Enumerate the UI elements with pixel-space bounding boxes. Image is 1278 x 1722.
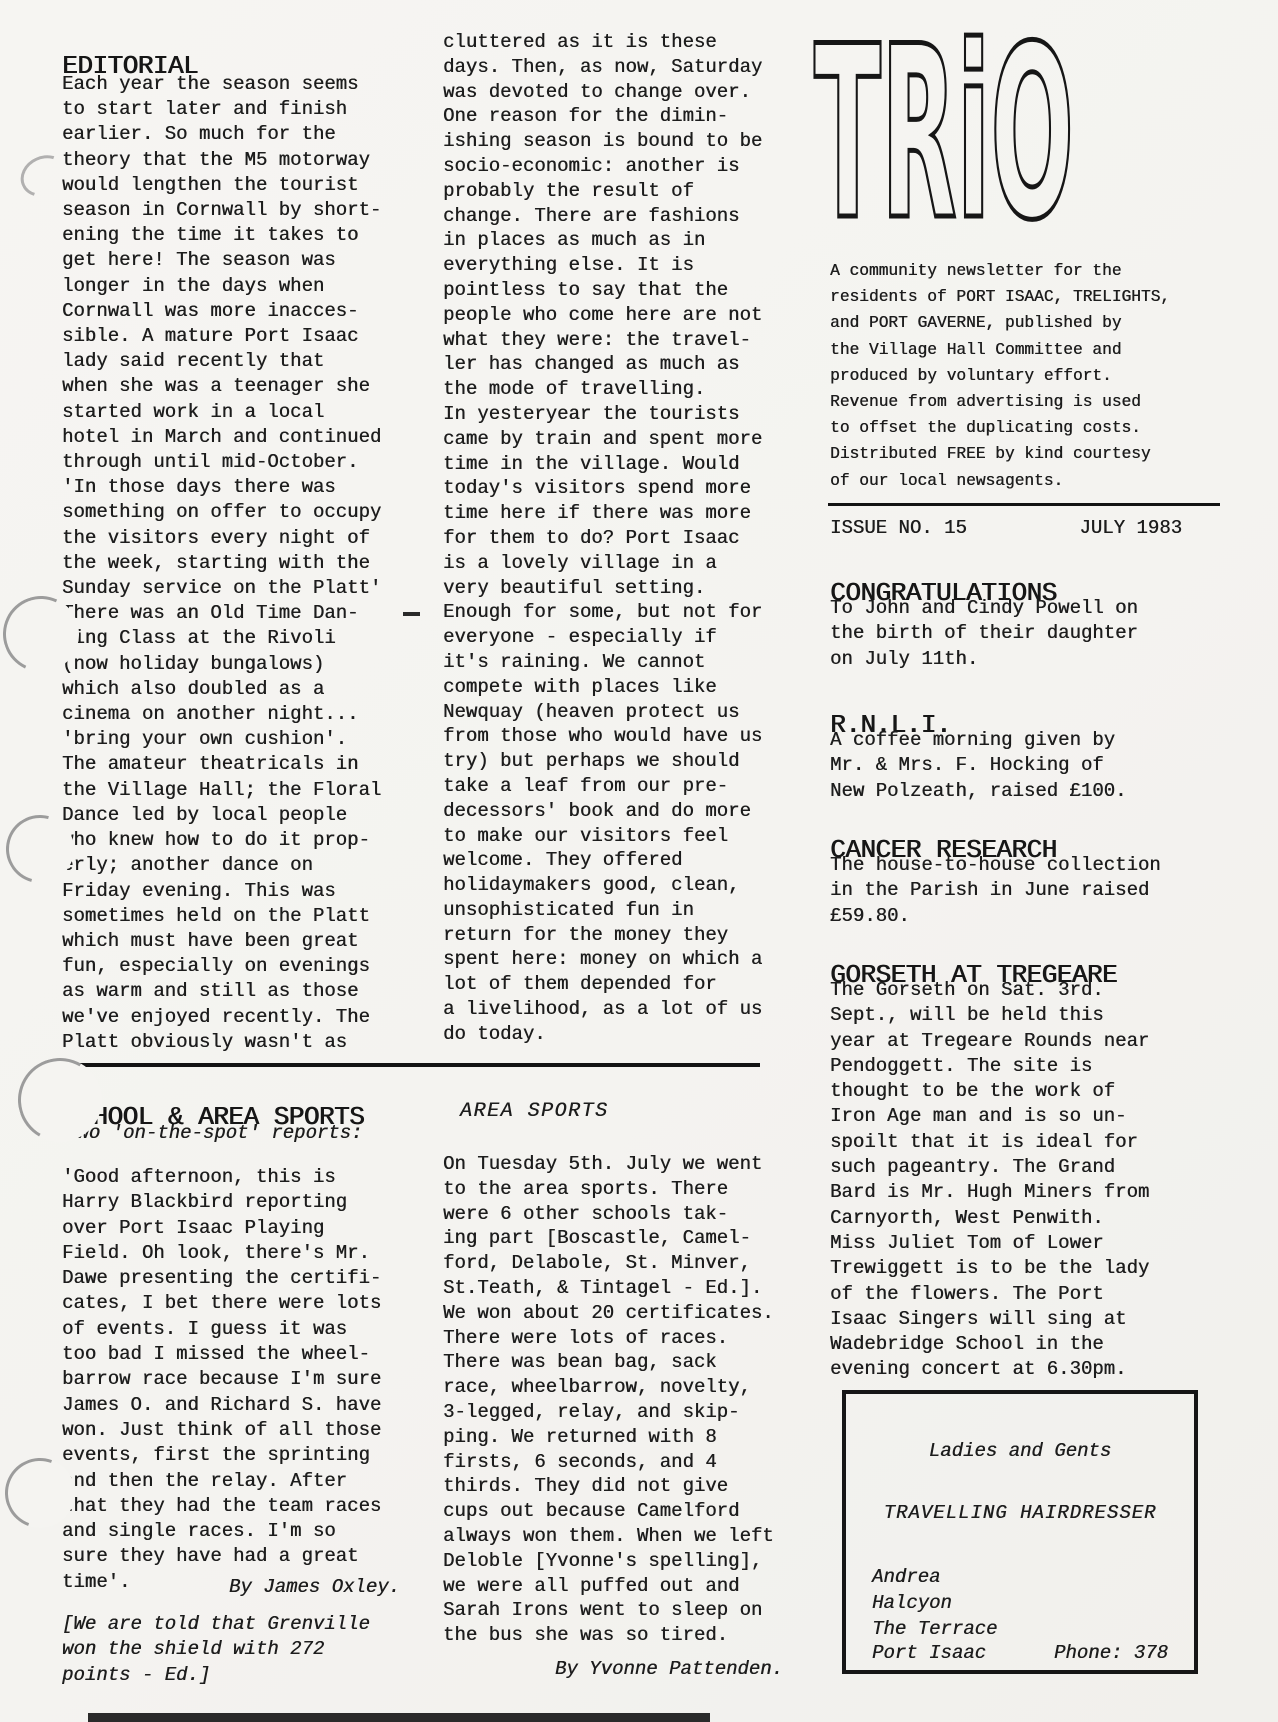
advert-phone: Phone: 378: [1054, 1642, 1168, 1664]
cancer-research-body: The house-to-house collection in the Par…: [830, 853, 1230, 929]
school-sports-byline: By James Oxley.: [62, 1576, 400, 1598]
editorial-continuation: cluttered as it is these days. Then, as …: [443, 30, 788, 1047]
issue-date: JULY 1983: [1079, 517, 1182, 539]
area-sports-title: AREA SPORTS: [460, 1100, 609, 1123]
advert-headline: Ladies and Gents: [846, 1440, 1194, 1462]
area-sports-body: On Tuesday 5th. July we went to the area…: [443, 1152, 788, 1648]
issue-number: ISSUE NO. 15: [830, 517, 967, 539]
masthead-description: A community newsletter for the residents…: [830, 258, 1195, 494]
editorial-body: Each year the season seems to start late…: [62, 72, 407, 1055]
school-sports-body: 'Good afternoon, this is Harry Blackbird…: [62, 1165, 407, 1595]
horizontal-rule-right: [828, 503, 1220, 506]
advert-town-phone-row: Port Isaac Phone: 378: [872, 1642, 1168, 1664]
scan-mark-artifact: [403, 612, 420, 616]
hairdresser-advert: Ladies and Gents TRAVELLING HAIRDRESSER …: [842, 1390, 1198, 1674]
scan-edge-artifact: [88, 1713, 710, 1722]
issue-row: ISSUE NO. 15 JULY 1983: [830, 517, 1182, 539]
advert-service: TRAVELLING HAIRDRESSER: [846, 1502, 1194, 1524]
school-sports-subtitle: Two 'on-the-spot' reports:: [66, 1122, 411, 1144]
gorseth-body: The Gorseth on Sat. 3rd. Sept., will be …: [830, 978, 1230, 1383]
advert-house: Halcyon: [872, 1590, 952, 1616]
advert-town: Port Isaac: [872, 1642, 986, 1664]
school-sports-editors-note: [We are told that Grenville won the shie…: [62, 1612, 407, 1688]
advert-name: Andrea: [872, 1564, 940, 1590]
congratulations-body: To John and Cindy Powell on the birth of…: [830, 596, 1230, 672]
trio-logo: TRiO: [808, 28, 1080, 238]
area-sports-byline: By Yvonne Pattenden.: [443, 1658, 783, 1680]
rnli-body: A coffee morning given by Mr. & Mrs. F. …: [830, 728, 1230, 804]
newsletter-page: EDITORIAL Each year the season seems to …: [0, 0, 1278, 1722]
horizontal-rule-left: [55, 1063, 760, 1067]
trio-logo-text: TRiO: [814, 28, 1074, 238]
advert-street: The Terrace: [872, 1616, 997, 1642]
